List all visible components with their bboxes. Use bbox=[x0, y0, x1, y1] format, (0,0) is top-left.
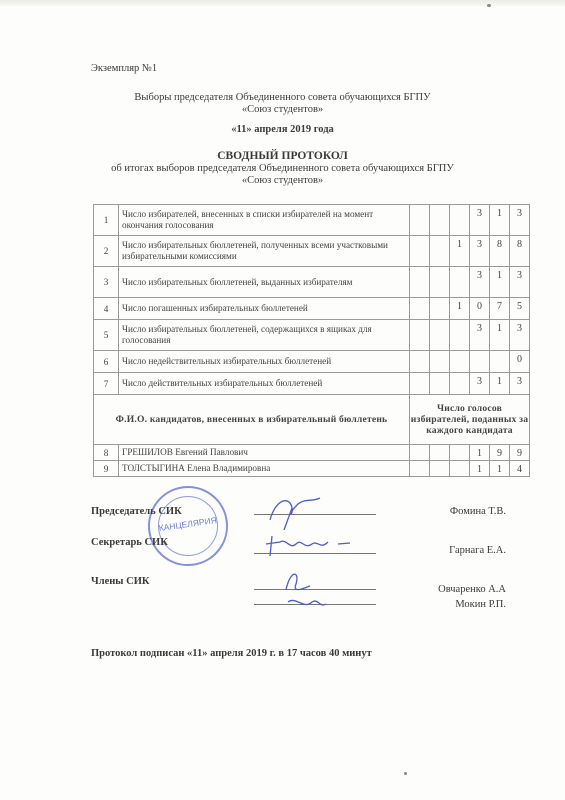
scan-speck bbox=[404, 772, 407, 775]
digit-cell bbox=[410, 445, 430, 461]
secretary-name: Гарнага Е.А. bbox=[449, 545, 506, 556]
row-label: Число избирательных бюллетеней, выданных… bbox=[119, 267, 410, 298]
election-title: Выборы председателя Объединенного совета… bbox=[0, 92, 565, 116]
row-number: 5 bbox=[94, 320, 119, 351]
digit-cell bbox=[450, 205, 470, 236]
candidates-header: Ф.И.О. кандидатов, внесенных в избирател… bbox=[94, 395, 410, 445]
secretary-signature bbox=[262, 530, 362, 560]
member-name-2: Мокин Р.П. bbox=[455, 599, 506, 610]
digit-cell: 9 bbox=[510, 445, 530, 461]
secretary-label: Секретарь СИК bbox=[91, 537, 168, 548]
digit-cell bbox=[410, 205, 430, 236]
member-signatures bbox=[276, 566, 336, 612]
digit-cell: 7 bbox=[490, 298, 510, 320]
digit-cell: 3 bbox=[510, 373, 530, 395]
row-label: Число действительных избирательных бюлле… bbox=[119, 373, 410, 395]
protocol-title: СВОДНЫЙ ПРОТОКОЛ bbox=[0, 150, 565, 162]
votes-header: Число голосов избирателей, поданных за к… bbox=[410, 395, 530, 445]
candidates-header-row: Ф.И.О. кандидатов, внесенных в избирател… bbox=[94, 395, 530, 445]
table-row: 6Число недействительных избирательных бю… bbox=[94, 351, 530, 373]
digit-cell bbox=[450, 461, 470, 477]
digit-cell bbox=[430, 236, 450, 267]
table-row: 4Число погашенных избирательных бюллетен… bbox=[94, 298, 530, 320]
digit-cell bbox=[410, 461, 430, 477]
results-table: 1Число избирателей, внесенных в списки и… bbox=[93, 204, 530, 477]
members-label: Члены СИК bbox=[91, 576, 150, 587]
digit-cell: 3 bbox=[470, 236, 490, 267]
digit-cell bbox=[430, 267, 450, 298]
copy-label: Экземпляр №1 bbox=[91, 63, 157, 74]
table-row: 5Число избирательных бюллетеней, содержа… bbox=[94, 320, 530, 351]
candidate-name: ГРЕШИЛОВ Евгений Павлович bbox=[119, 445, 410, 461]
digit-cell: 3 bbox=[510, 320, 530, 351]
candidate-row: 8ГРЕШИЛОВ Евгений Павлович199 bbox=[94, 445, 530, 461]
digit-cell: 3 bbox=[510, 267, 530, 298]
table-row: 3Число избирательных бюллетеней, выданны… bbox=[94, 267, 530, 298]
candidate-name: ТОЛСТЫГИНА Елена Владимировна bbox=[119, 461, 410, 477]
digit-cell bbox=[430, 298, 450, 320]
table-row: 7Число действительных избирательных бюлл… bbox=[94, 373, 530, 395]
row-number: 1 bbox=[94, 205, 119, 236]
chairman-name: Фомина Т.В. bbox=[450, 506, 506, 517]
scan-speck bbox=[487, 4, 491, 7]
digit-cell bbox=[430, 445, 450, 461]
protocol-subtitle: об итогах выборов председателя Объединен… bbox=[0, 163, 565, 187]
row-number: 6 bbox=[94, 351, 119, 373]
digit-cell: 1 bbox=[490, 267, 510, 298]
digit-cell: 3 bbox=[510, 205, 530, 236]
digit-cell: 3 bbox=[470, 320, 490, 351]
digit-cell: 3 bbox=[470, 267, 490, 298]
digit-cell bbox=[490, 351, 510, 373]
digit-cell: 1 bbox=[450, 236, 470, 267]
digit-cell bbox=[410, 351, 430, 373]
digit-cell: 1 bbox=[490, 320, 510, 351]
table-row: 1Число избирателей, внесенных в списки и… bbox=[94, 205, 530, 236]
official-stamp: КАНЦЕЛЯРИЯ bbox=[143, 481, 233, 571]
digit-cell: 8 bbox=[490, 236, 510, 267]
digit-cell bbox=[410, 267, 430, 298]
member-name-1: Овчаренко А.А bbox=[438, 584, 506, 595]
signed-note: Протокол подписан «11» апреля 2019 г. в … bbox=[91, 648, 372, 659]
row-number: 3 bbox=[94, 267, 119, 298]
row-label: Число избирательных бюллетеней, содержащ… bbox=[119, 320, 410, 351]
digit-cell: 1 bbox=[470, 461, 490, 477]
row-label: Число недействительных избирательных бюл… bbox=[119, 351, 410, 373]
digit-cell: 9 bbox=[490, 445, 510, 461]
row-number: 4 bbox=[94, 298, 119, 320]
row-number: 2 bbox=[94, 236, 119, 267]
table-row: 2Число избирательных бюллетеней, получен… bbox=[94, 236, 530, 267]
chairman-signature bbox=[262, 492, 332, 532]
protocol-date: «11» апреля 2019 года bbox=[0, 124, 565, 135]
digit-cell bbox=[430, 351, 450, 373]
election-title-line1: Выборы председателя Объединенного совета… bbox=[0, 92, 565, 104]
digit-cell bbox=[410, 236, 430, 267]
election-title-line2: «Союз студентов» bbox=[0, 104, 565, 116]
digit-cell bbox=[410, 373, 430, 395]
row-number: 7 bbox=[94, 373, 119, 395]
digit-cell bbox=[410, 320, 430, 351]
digit-cell bbox=[450, 445, 470, 461]
scan-edge bbox=[0, 0, 565, 6]
digit-cell: 0 bbox=[510, 351, 530, 373]
digit-cell: 0 bbox=[470, 298, 490, 320]
digit-cell bbox=[430, 320, 450, 351]
digit-cell bbox=[450, 351, 470, 373]
digit-cell bbox=[430, 373, 450, 395]
row-label: Число избирателей, внесенных в списки из… bbox=[119, 205, 410, 236]
digit-cell bbox=[470, 351, 490, 373]
digit-cell: 1 bbox=[490, 461, 510, 477]
digit-cell bbox=[430, 205, 450, 236]
digit-cell bbox=[450, 320, 470, 351]
digit-cell: 1 bbox=[490, 373, 510, 395]
digit-cell bbox=[410, 298, 430, 320]
row-label: Число погашенных избирательных бюллетене… bbox=[119, 298, 410, 320]
chairman-label: Председатель СИК bbox=[91, 506, 182, 517]
candidate-row: 9ТОЛСТЫГИНА Елена Владимировна114 bbox=[94, 461, 530, 477]
digit-cell: 1 bbox=[470, 445, 490, 461]
digit-cell: 3 bbox=[470, 205, 490, 236]
digit-cell: 1 bbox=[490, 205, 510, 236]
row-number: 8 bbox=[94, 445, 119, 461]
protocol-subtitle-line2: «Союз студентов» bbox=[0, 175, 565, 187]
digit-cell: 3 bbox=[470, 373, 490, 395]
digit-cell: 5 bbox=[510, 298, 530, 320]
protocol-subtitle-line1: об итогах выборов председателя Объединен… bbox=[0, 163, 565, 175]
digit-cell: 4 bbox=[510, 461, 530, 477]
digit-cell bbox=[450, 267, 470, 298]
digit-cell: 8 bbox=[510, 236, 530, 267]
digit-cell bbox=[430, 461, 450, 477]
row-label: Число избирательных бюллетеней, полученн… bbox=[119, 236, 410, 267]
digit-cell: 1 bbox=[450, 298, 470, 320]
row-number: 9 bbox=[94, 461, 119, 477]
digit-cell bbox=[450, 373, 470, 395]
